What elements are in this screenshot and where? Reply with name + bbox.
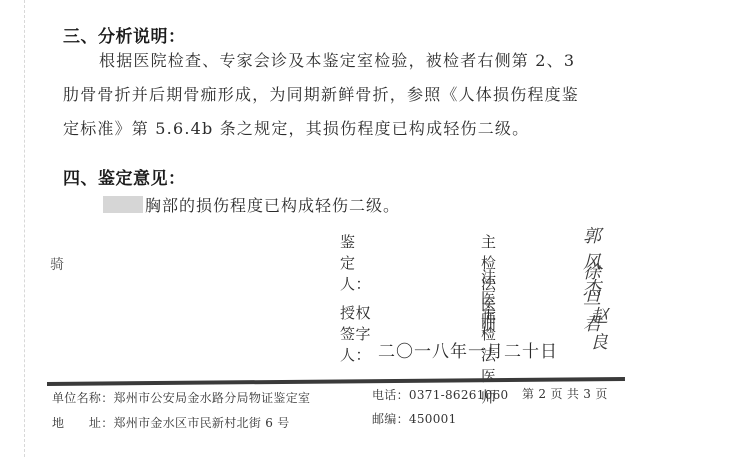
address-value: 郑州市金水区市民新村北街 6 号 bbox=[114, 416, 290, 430]
footer-phone: 电话：0371-86261060 bbox=[372, 386, 508, 403]
document-page: 骑 三、分析说明： 根据医院检查、专家会诊及本鉴定室检验，被检者右侧第 2、3 … bbox=[0, 0, 732, 457]
phone-label: 电话： bbox=[372, 388, 409, 402]
unit-label: 单位名称： bbox=[52, 391, 114, 405]
footer-unit: 单位名称：郑州市公安局金水路分局物证鉴定室 bbox=[52, 389, 310, 406]
opinion-heading: 四、鉴定意见： bbox=[63, 164, 186, 189]
page-number: 第 2 页 共 3 页 bbox=[522, 385, 608, 402]
analysis-line-3: 定标准》第 5.6.4b 条之规定，其损伤程度已构成轻伤二级。 bbox=[63, 112, 623, 146]
phone-value: 0371-86261060 bbox=[409, 388, 509, 402]
margin-seal-mark: 骑 bbox=[50, 254, 64, 274]
opinion-conclusion: 胸部的损伤程度已构成轻伤二级。 bbox=[103, 193, 400, 216]
unit-value: 郑州市公安局金水路分局物证鉴定室 bbox=[114, 391, 311, 405]
footer-postcode: 邮编：450001 bbox=[372, 410, 457, 427]
footer-address: 地 址：郑州市金水区市民新村北街 6 号 bbox=[52, 414, 290, 431]
address-label: 地 址： bbox=[52, 416, 114, 430]
postcode-label: 邮编： bbox=[372, 412, 409, 426]
appraiser-label: 鉴 定 人： bbox=[340, 231, 371, 294]
authorized-signer-label: 授权签字人： bbox=[340, 302, 371, 365]
report-date: 二〇一八年一月二十日 bbox=[378, 337, 558, 362]
analysis-paragraph: 根据医院检查、专家会诊及本鉴定室检验，被检者右侧第 2、3 肋骨骨折并后期骨痂形… bbox=[63, 44, 623, 146]
analysis-line-2: 肋骨骨折并后期骨痂形成，为同期新鲜骨折，参照《人体损伤程度鉴 bbox=[63, 78, 623, 112]
binding-margin-line bbox=[24, 0, 26, 457]
authorized-signature: 赵良 bbox=[590, 302, 608, 354]
analysis-line-1: 根据医院检查、专家会诊及本鉴定室检验，被检者右侧第 2、3 bbox=[99, 51, 575, 70]
redacted-name bbox=[103, 196, 143, 213]
conclusion-text: 胸部的损伤程度已构成轻伤二级。 bbox=[145, 193, 400, 216]
postcode-value: 450001 bbox=[409, 412, 457, 426]
